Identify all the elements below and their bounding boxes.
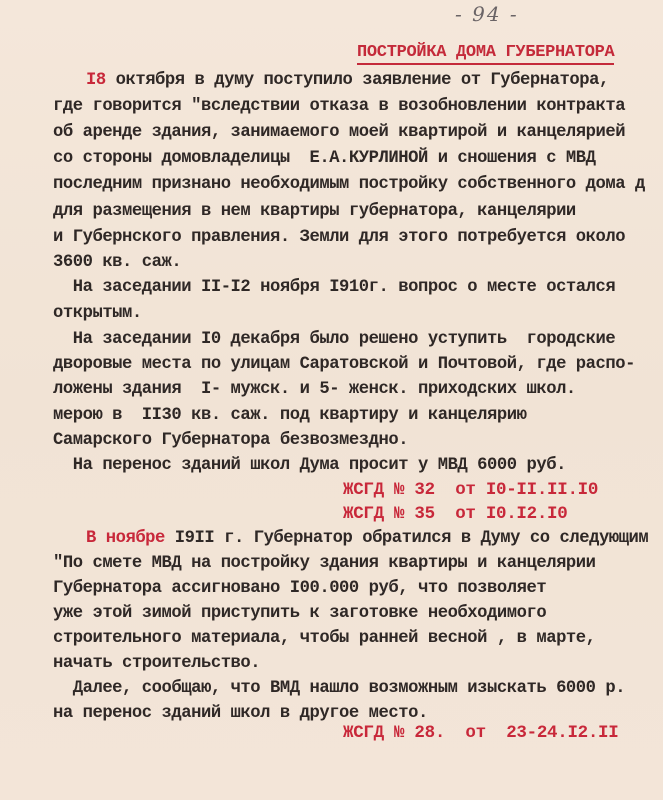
highlighted-text: В ноябре (86, 529, 165, 548)
text-line: На перенос зданий школ Дума просит у МВД… (53, 455, 566, 477)
text-line: Губернатора ассигновано I00.000 руб, что… (53, 578, 546, 600)
text-line: для размещения в нем квартиры губернатор… (53, 201, 576, 223)
archive-reference: ЖСГД № 28. от 23-24.I2.II (343, 722, 618, 744)
archive-reference: ЖСГД № 32 от I0-II.II.I0 (343, 479, 598, 501)
text-line: последним признано необходимым постройку… (53, 174, 645, 196)
text-line: открытым. (53, 303, 142, 325)
text-line: Самарского Губернатора безвозмездно. (53, 430, 408, 452)
text-line: начать строительство. (53, 653, 260, 675)
page-number: - 94 - (455, 2, 519, 26)
text-line: 3600 кв. саж. (53, 252, 181, 274)
text-line: об аренде здания, занимаемого моей кварт… (53, 122, 625, 144)
document-page: - 94 - ПОСТРОЙКА ДОМА ГУБЕРНАТОРА I8 окт… (0, 0, 663, 800)
text-line: дворовые места по улицам Саратовской и П… (53, 354, 635, 376)
text-line: со стороны домовладелицы Е.А.КУРЛИНОЙ и … (53, 148, 596, 170)
highlighted-text: I8 (86, 71, 106, 90)
text-line: На заседании I0 декабря было решено усту… (53, 329, 615, 351)
text-line: На заседании II-I2 ноября I910г. вопрос … (53, 277, 615, 299)
document-title: ПОСТРОЙКА ДОМА ГУБЕРНАТОРА (357, 43, 614, 65)
text-line: В ноябре I9II г. Губернатор обратился в … (86, 528, 648, 550)
archive-reference: ЖСГД № 35 от I0.I2.I0 (343, 503, 567, 525)
text-line: и Губернского правления. Земли для этого… (53, 227, 625, 249)
text-line: где говорится "вследствии отказа в возоб… (53, 96, 625, 118)
text-line: строительного материала, чтобы ранней ве… (53, 628, 596, 650)
text-line: уже этой зимой приступить к заготовке не… (53, 603, 546, 625)
text-line: I8 октября в думу поступило заявление от… (86, 70, 609, 92)
text-line: ложены здания I- мужск. и 5- женск. прих… (53, 379, 576, 401)
text-line: Далее, сообщаю, что ВМД нашло возможным … (53, 678, 625, 700)
text-line: "По смете МВД на постройку здания кварти… (53, 553, 596, 575)
text-line: мерою в II30 кв. саж. под квартиру и кан… (53, 405, 526, 427)
